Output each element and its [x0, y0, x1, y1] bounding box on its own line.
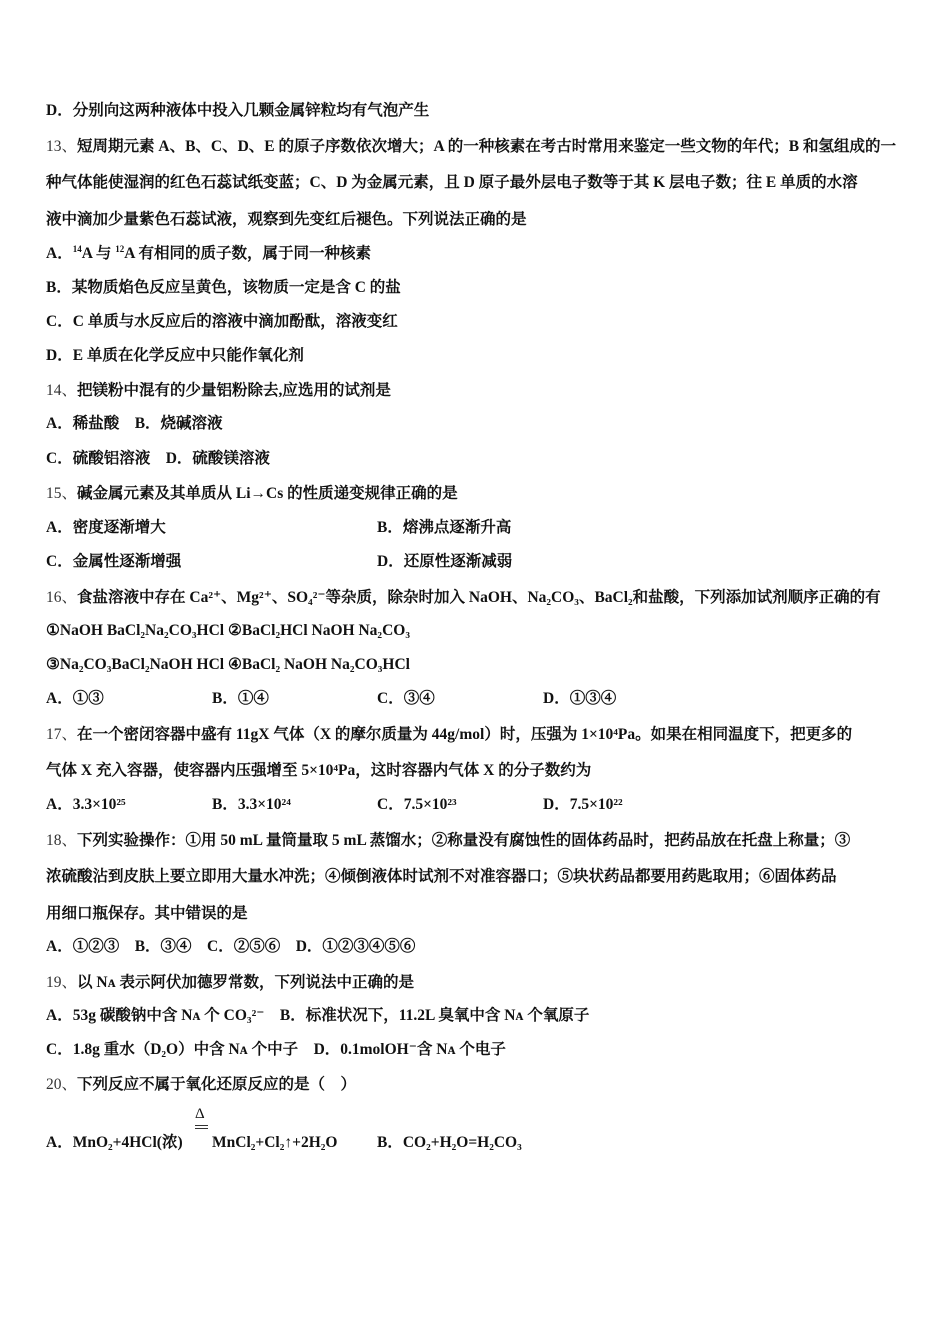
q13-option-a: A．14A 与 12A 有相同的质子数，属于同一种核素: [46, 244, 371, 264]
option-label: A．: [46, 245, 73, 262]
q13-option-b: B．某物质焰色反应呈黄色，该物质一定是含 C 的盐: [46, 278, 401, 298]
q20-option-b: B．CO₂+H₂O=H₂CO₃: [377, 1133, 522, 1153]
q16-sequence-3-4: ③Na₂CO₃BaCl₂NaOH HCl ④BaCl₂ NaOH Na₂CO₃H…: [46, 655, 410, 675]
q14-number: 14、: [46, 382, 77, 399]
q17-number: 17、: [46, 726, 77, 743]
q15-number: 15、: [46, 485, 77, 502]
q19-stem: 19、以 Nᴀ 表示阿伏加德罗常数，下列说法中正确的是: [46, 972, 414, 993]
q15-option-c: C．金属性逐渐增强: [46, 552, 181, 572]
q20-stem-text: 下列反应不属于氧化还原反应的是（ ）: [77, 1076, 356, 1093]
q20-number: 20、: [46, 1076, 77, 1093]
q13-number: 13、: [46, 138, 77, 155]
q16-stem-text: 食盐溶液中存在 Ca²⁺、Mg²⁺、SO₄²⁻等杂质，除杂时加入 NaOH、Na…: [77, 589, 881, 606]
q20-option-a-right: MnCl₂+Cl₂↑+2H₂O: [212, 1133, 337, 1153]
q18-stem-line-1: 18、下列实验操作：①用 50 mL 量筒量取 5 mL 蒸馏水；②称量没有腐蚀…: [46, 830, 850, 851]
q20-stem: 20、下列反应不属于氧化还原反应的是（ ）: [46, 1074, 356, 1095]
q16-option-d: D．①③④: [543, 689, 616, 709]
exam-page: D．分别向这两种液体中投入几颗金属锌粒均有气泡产生 13、短周期元素 A、B、C…: [0, 0, 950, 1344]
mass-number: 12: [115, 244, 124, 254]
q19-options-ab: A．53g 碳酸钠中含 Nᴀ 个 CO₃²⁻ B．标准状况下，11.2L 臭氧中…: [46, 1006, 589, 1026]
option-text: A 有相同的质子数，属于同一种核素: [124, 245, 371, 262]
mass-number: 14: [73, 244, 82, 254]
q12-option-d: D．分别向这两种液体中投入几颗金属锌粒均有气泡产生: [46, 101, 429, 121]
q19-number: 19、: [46, 974, 77, 991]
q13-stem-text: 短周期元素 A、B、C、D、E 的原子序数依次增大；A 的一种核素在考古时常用来…: [77, 138, 896, 155]
q17-stem-line-1: 17、在一个密闭容器中盛有 11gX 气体（X 的摩尔质量为 44g/mol）时…: [46, 724, 852, 745]
q17-option-c: C．7.5×10²³: [377, 795, 457, 815]
q17-option-a: A．3.3×10²⁵: [46, 795, 126, 815]
q17-option-b: B．3.3×10²⁴: [212, 795, 291, 815]
q14-stem: 14、把镁粉中混有的少量铝粉除去,应选用的试剂是: [46, 380, 391, 401]
q19-stem-text: 以 Nᴀ 表示阿伏加德罗常数，下列说法中正确的是: [77, 974, 414, 991]
q17-stem-text: 在一个密闭容器中盛有 11gX 气体（X 的摩尔质量为 44g/mol）时，压强…: [77, 726, 852, 743]
q17-option-d: D．7.5×10²²: [543, 795, 623, 815]
q17-stem-line-2: 气体 X 充入容器，使容器内压强增至 5×10⁴Pa，这时容器内气体 X 的分子…: [46, 761, 591, 781]
q14-stem-text: 把镁粉中混有的少量铝粉除去,应选用的试剂是: [77, 382, 391, 399]
q18-stem-line-2: 浓硫酸沾到皮肤上要立即用大量水冲洗；④倾倒液体时试剂不对准容器口；⑤块状药品都要…: [46, 867, 837, 887]
q18-stem-line-3: 用细口瓶保存。其中错误的是: [46, 904, 248, 924]
q13-stem-line-2: 种气体能使湿润的红色石蕊试纸变蓝；C、D 为金属元素，且 D 原子最外层电子数等…: [46, 173, 858, 193]
q16-number: 16、: [46, 589, 77, 606]
q16-option-b: B．①④: [212, 689, 269, 709]
option-text: A 与: [82, 245, 116, 262]
q15-stem: 15、碱金属元素及其单质从 Li→Cs 的性质递变规律正确的是: [46, 483, 458, 504]
q16-stem: 16、食盐溶液中存在 Ca²⁺、Mg²⁺、SO₄²⁻等杂质，除杂时加入 NaOH…: [46, 587, 881, 608]
q13-option-d: D．E 单质在化学反应中只能作氧化剂: [46, 346, 304, 366]
q13-option-c: C．C 单质与水反应后的溶液中滴加酚酞，溶液变红: [46, 312, 398, 332]
q16-option-a: A．①③: [46, 689, 104, 709]
q15-option-b: B．熔沸点逐渐升高: [377, 518, 511, 538]
q13-stem-line-3: 液中滴加少量紫色石蕊试液，观察到先变红后褪色。下列说法正确的是: [46, 210, 527, 230]
q18-options: A．①②③ B．③④ C．②⑤⑥ D．①②③④⑤⑥: [46, 937, 415, 957]
q20-option-a-left: A．MnO₂+4HCl(浓): [46, 1133, 183, 1153]
q15-stem-text: 碱金属元素及其单质从 Li→Cs 的性质递变规律正确的是: [77, 485, 458, 502]
equals-bar-top: [195, 1125, 208, 1126]
q19-options-cd: C．1.8g 重水（D₂O）中含 Nᴀ 个中子 D．0.1molOH⁻含 Nᴀ …: [46, 1040, 506, 1060]
q18-number: 18、: [46, 832, 77, 849]
q14-options-ab: A．稀盐酸 B．烧碱溶液: [46, 414, 223, 434]
q13-stem-line-1: 13、短周期元素 A、B、C、D、E 的原子序数依次增大；A 的一种核素在考古时…: [46, 136, 896, 157]
heat-delta-icon: Δ: [195, 1106, 205, 1123]
q15-option-a: A．密度逐渐增大: [46, 518, 166, 538]
q18-stem-text: 下列实验操作：①用 50 mL 量筒量取 5 mL 蒸馏水；②称量没有腐蚀性的固…: [77, 832, 850, 849]
equals-bar-bottom: [195, 1128, 208, 1129]
q14-options-cd: C．硫酸铝溶液 D．硫酸镁溶液: [46, 449, 270, 469]
q16-sequence-1-2: ①NaOH BaCl₂Na₂CO₃HCl ②BaCl₂HCl NaOH Na₂C…: [46, 621, 410, 641]
q15-option-d: D．还原性逐渐减弱: [377, 552, 512, 572]
q16-option-c: C．③④: [377, 689, 435, 709]
